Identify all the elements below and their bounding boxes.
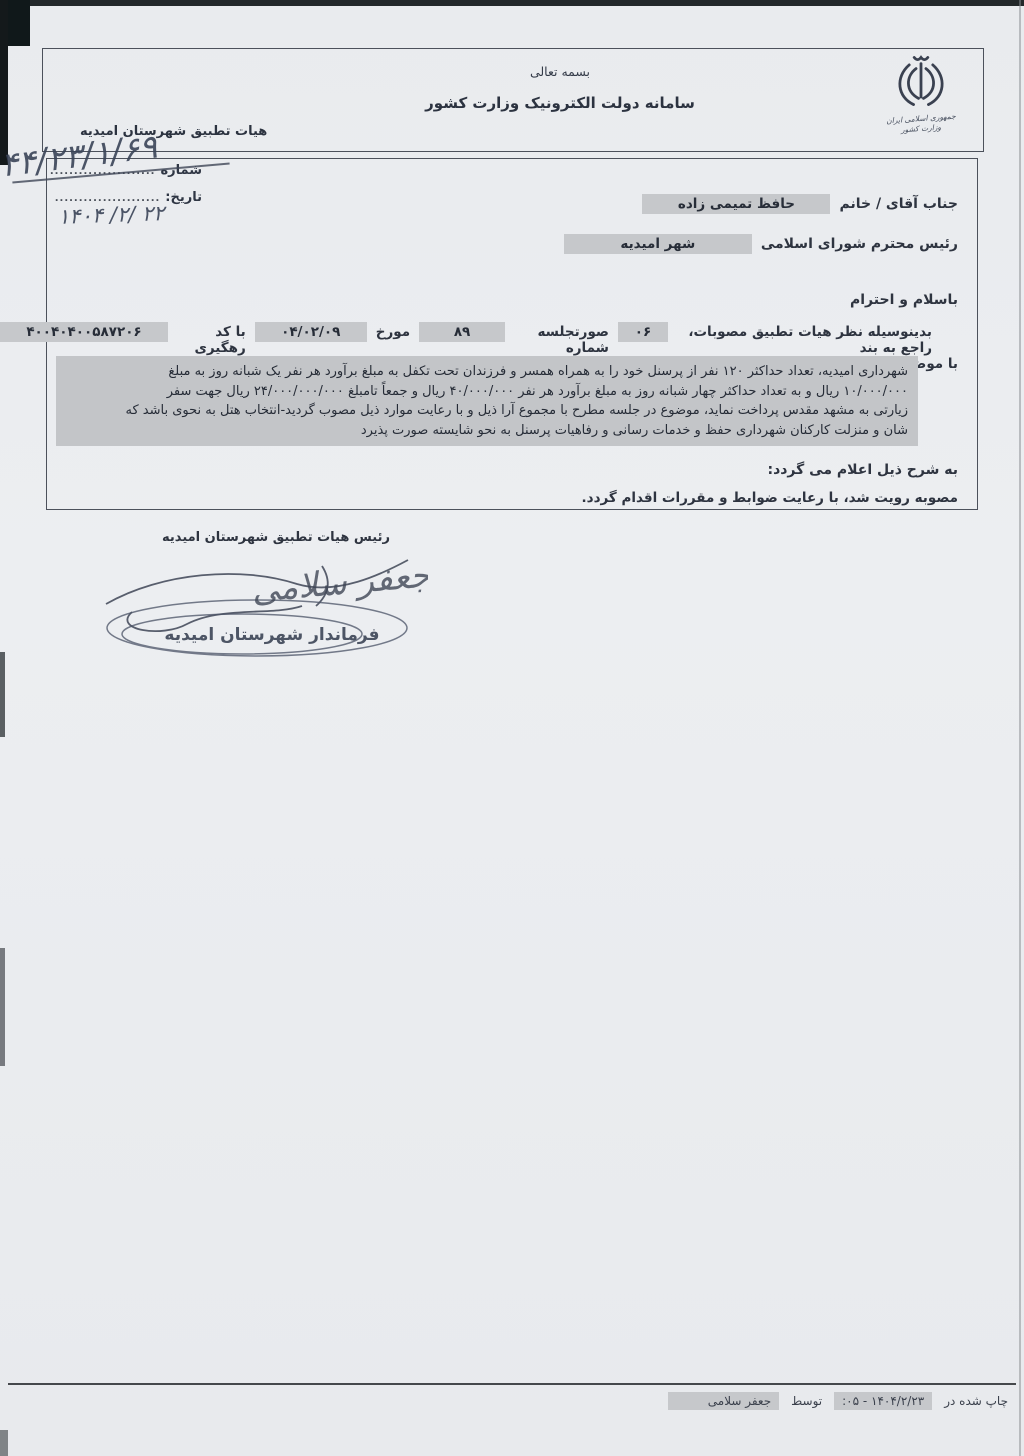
bismillah-text: بسمه تعالی bbox=[200, 64, 920, 79]
ref-session-field: ۸۹ bbox=[419, 322, 505, 342]
stamp-text: فرماندار شهرستان امیدیه bbox=[164, 625, 379, 645]
system-title: سامانه دولت الکترونیک وزارت کشور bbox=[200, 94, 920, 112]
handwritten-signature-name: جعفر سلامی bbox=[250, 555, 428, 611]
printed-datetime-field: :۰۵ - ۱۴۰۴/۲/۲۳ bbox=[834, 1392, 932, 1410]
scan-artifact-right-edge bbox=[1019, 0, 1021, 1456]
print-info-row: چاپ شده در :۰۵ - ۱۴۰۴/۲/۲۳ توسط جعفر سلا… bbox=[668, 1392, 1008, 1410]
ref-tracking-text: با کد رهگیری bbox=[177, 324, 246, 356]
ref-dated-text: مورخ bbox=[376, 324, 410, 340]
recipient-salutation-label: جناب آقای / خانم bbox=[839, 196, 958, 212]
handwritten-date: ۱۴۰۴ /۲/ ۲۲ bbox=[58, 201, 165, 229]
subject-paragraph-field: شهرداری امیدیه، تعداد حداکثر ۱۲۰ نفر از … bbox=[56, 356, 918, 446]
subject-line: شهرداری امیدیه، تعداد حداکثر ۱۲۰ نفر از … bbox=[66, 362, 908, 382]
recipient-line-1: جناب آقای / خانم حافظ تمیمی زاده bbox=[642, 194, 958, 214]
scan-artifact-corner bbox=[0, 0, 30, 46]
printed-by-label: توسط bbox=[791, 1394, 822, 1408]
ref-minutes-text: صورتجلسه شماره bbox=[514, 324, 609, 356]
recipient-name-field: حافظ تمیمی زاده bbox=[642, 194, 830, 214]
recipient-line-2: رئیس محترم شورای اسلامی شهر امیدیه bbox=[564, 234, 958, 254]
scan-artifact-top-edge bbox=[0, 0, 1024, 6]
ref-date-field: ۰۴/۰۲/۰۹ bbox=[255, 322, 367, 342]
ref-clause-field: ۰۶ bbox=[618, 322, 668, 342]
ref-tracking-code-field: ۴۰۰۴۰۴۰۰۵۸۷۲۰۶ bbox=[0, 322, 168, 342]
recipient-title-label: رئیس محترم شورای اسلامی bbox=[761, 236, 958, 252]
scan-artifact-left-edge bbox=[0, 0, 8, 165]
decision-text: مصوبه رویت شد، با رعایت ضوابط و مقررات ا… bbox=[582, 490, 958, 506]
signature-stamp-graphic: جعفر سلامی فرماندار شهرستان امیدیه bbox=[92, 546, 428, 666]
subject-line: ۱۰/۰۰۰/۰۰۰ ریال و به تعداد حداکثر چهار ش… bbox=[66, 382, 908, 402]
scan-artifact-bottom-left bbox=[0, 1430, 8, 1456]
reference-line: بدینوسیله نظر هیات تطبیق مصوبات، راجع به… bbox=[0, 322, 932, 356]
printed-at-label: چاپ شده در bbox=[944, 1394, 1008, 1408]
signature-stamp-area: جعفر سلامی فرماندار شهرستان امیدیه bbox=[92, 546, 428, 666]
date-label: تاریخ: bbox=[165, 190, 202, 205]
iran-emblem: جمهوری اسلامی ایران وزارت کشور bbox=[862, 52, 980, 150]
footer-divider bbox=[8, 1383, 1016, 1385]
iran-emblem-icon bbox=[890, 52, 952, 110]
announcement-text: به شرح ذیل اعلام می گردد: bbox=[767, 462, 958, 478]
printed-by-name-field: جعفر سلامی bbox=[668, 1392, 779, 1410]
subject-line: شان و منزلت کارکنان شهرداری حفظ و خدمات … bbox=[66, 421, 908, 441]
recipient-city-field: شهر امیدیه bbox=[564, 234, 752, 254]
ref-intro-text: بدینوسیله نظر هیات تطبیق مصوبات، راجع به… bbox=[677, 324, 932, 356]
scan-artifact-left-mark bbox=[0, 948, 5, 1066]
signatory-title: رئیس هیات تطبیق شهرستان امیدیه bbox=[140, 530, 412, 545]
subject-line: زیارتی به مشهد مقدس پرداخت نماید، موضوع … bbox=[66, 401, 908, 421]
salutation: باسلام و احترام bbox=[850, 292, 958, 308]
scan-artifact-left-mark bbox=[0, 652, 5, 737]
scanned-letter-page: بسمه تعالی سامانه دولت الکترونیک وزارت ک… bbox=[0, 0, 1024, 1456]
